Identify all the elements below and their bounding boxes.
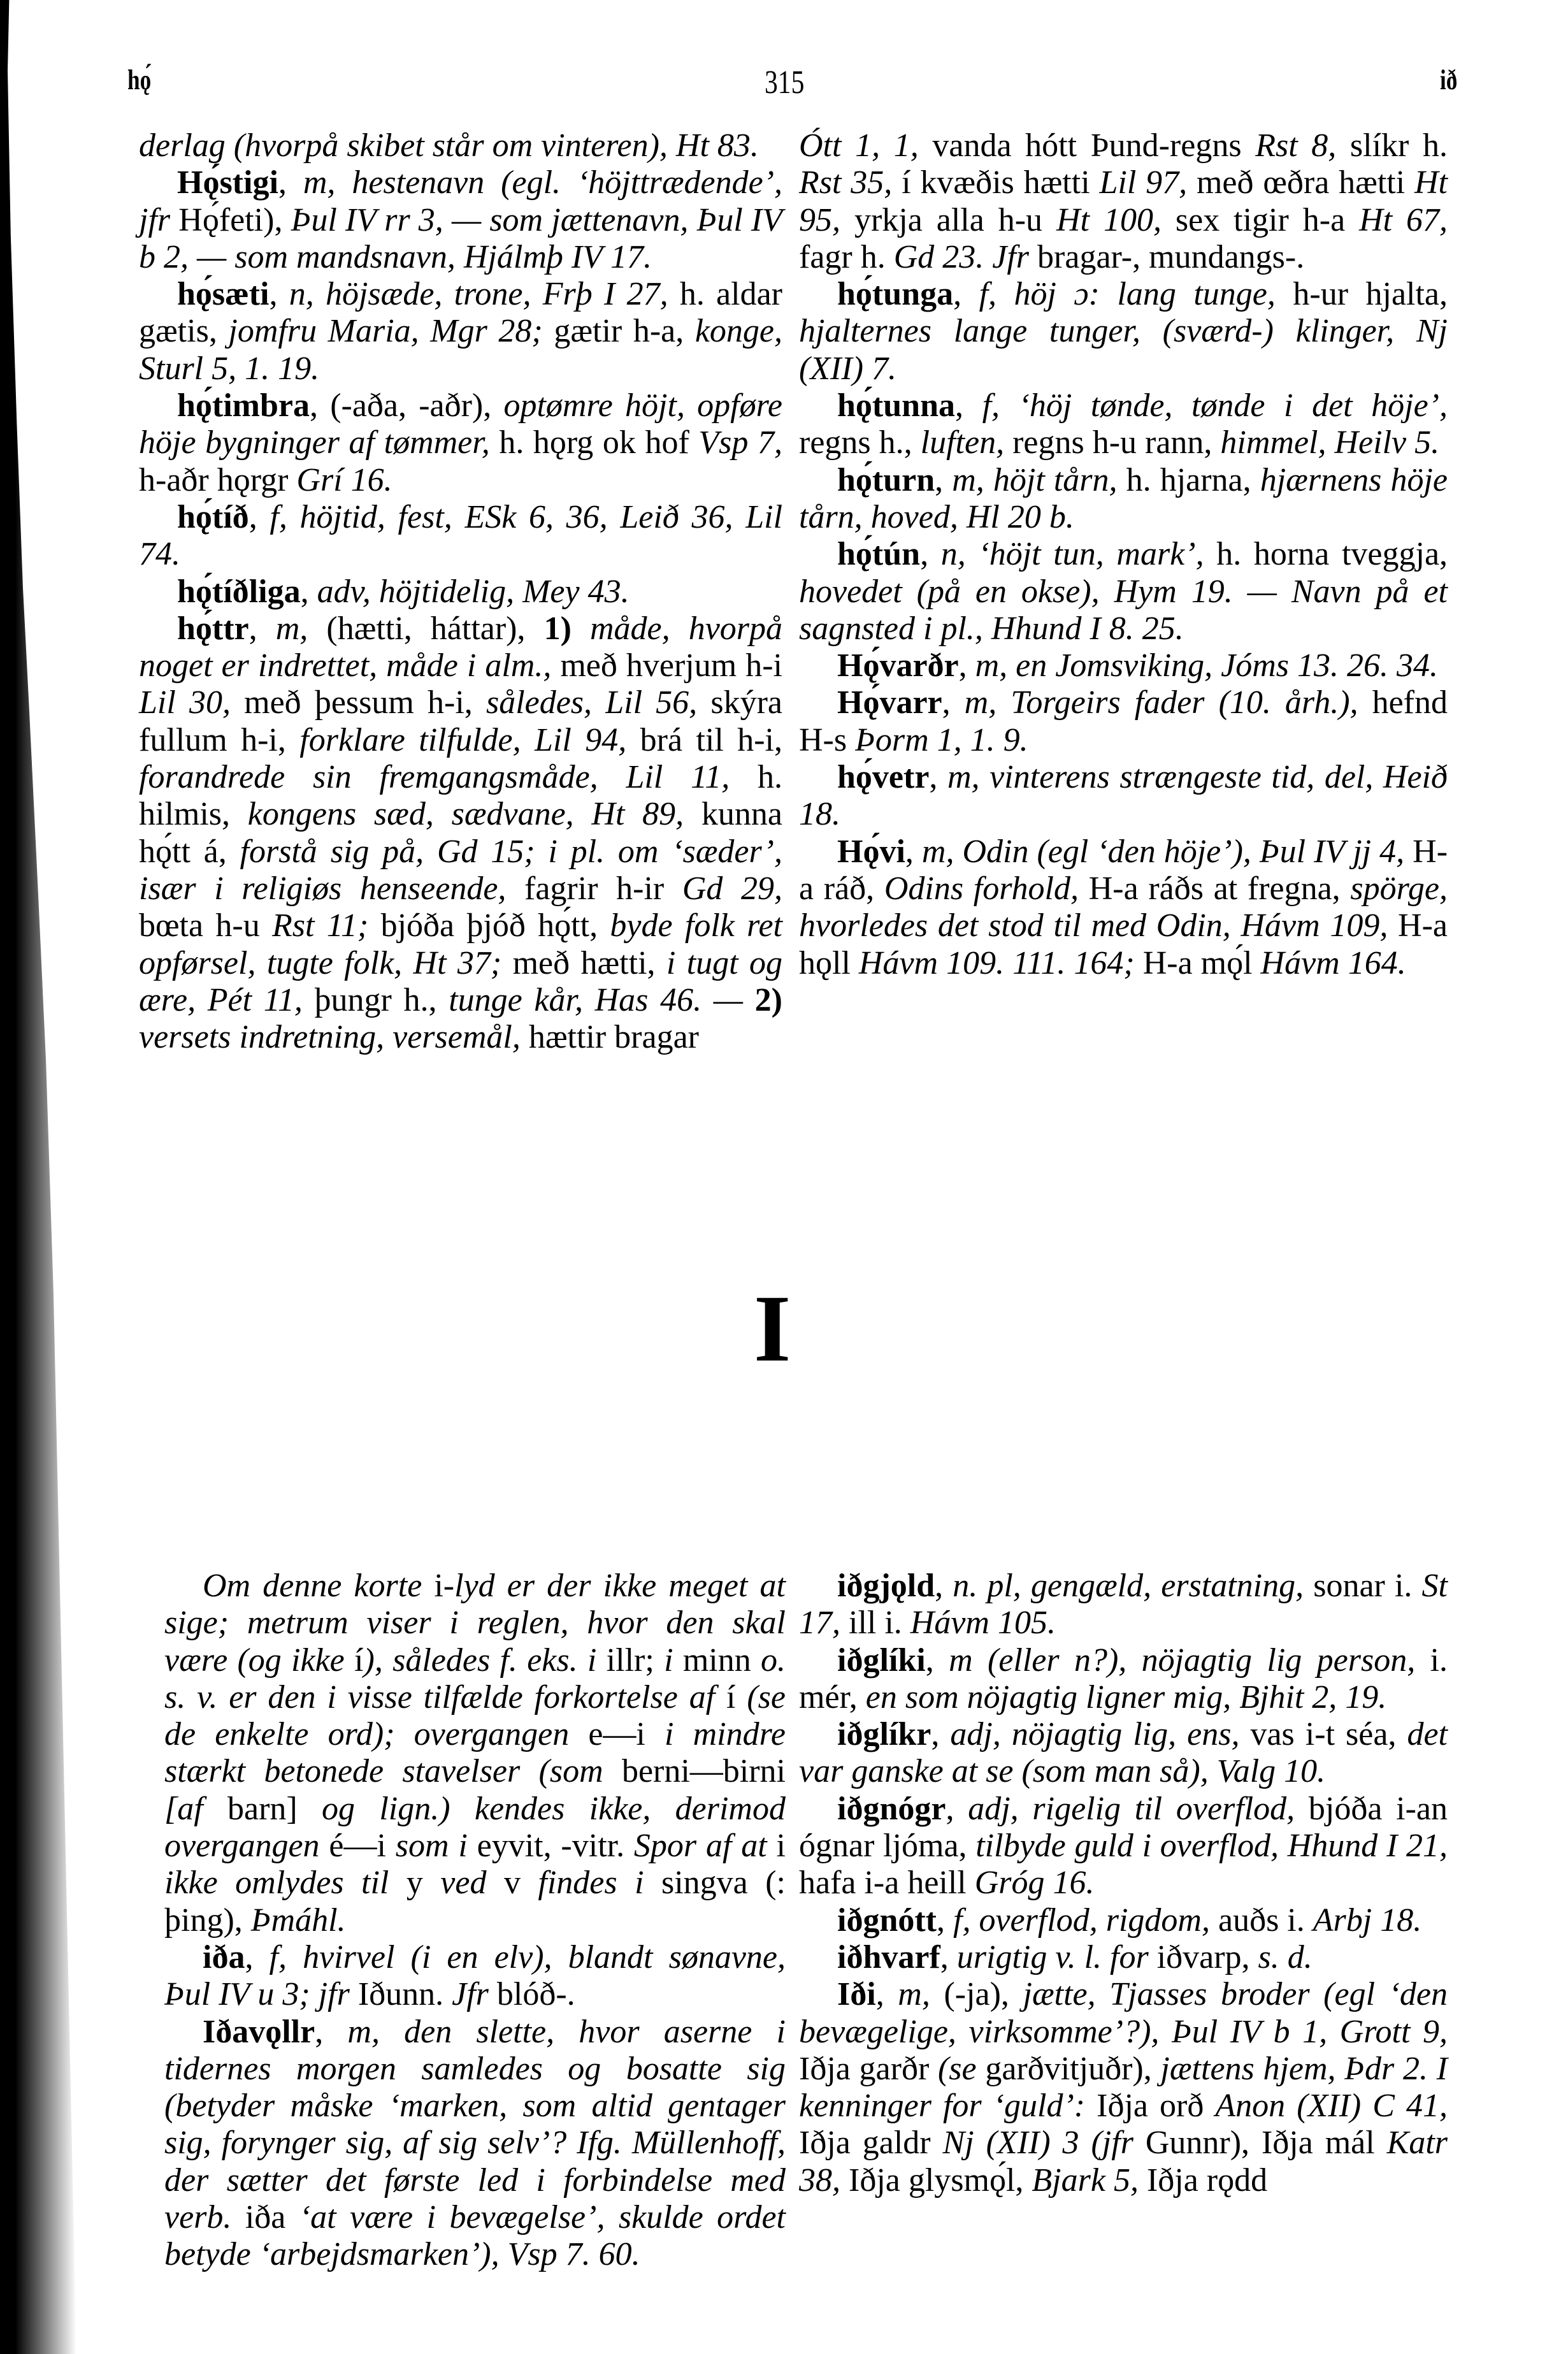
dictionary-entry: hǫ́tún, n, ‘höjt tun, mark’, h. horna tv… [799,536,1448,647]
citation-text: , [278,164,303,201]
headword: iða [203,1939,245,1975]
gloss-text: (se [938,2051,985,2087]
gloss-text: m, [898,1976,944,2012]
citation-text: h-aðr hǫrgr [139,462,296,498]
citation-text: , [940,1939,957,1975]
gloss-text: m, höjt tårn, [952,462,1126,498]
citation-text: Iðja garðr [799,2051,938,2087]
gloss-text: Gróg 16. [975,1865,1095,1901]
citation-text: , [245,1939,269,1975]
citation-text: v [504,1865,538,1901]
gloss-text: tunge kår, Has 46. — [449,982,754,1018]
gloss-text: m, [276,610,327,647]
headword: iðglíkr [837,1716,931,1752]
section-letter: I [754,1281,791,1376]
citation-text: bjóða þjóð hǫ́tt, [381,907,610,944]
headword: 2) [755,982,782,1018]
gloss-text: jomfru Maria, Mgr 28; [228,313,554,349]
citation-text: , [905,834,922,870]
citation-text: , [929,759,947,795]
citation-text: yrkja alla h-u [854,202,1056,238]
gloss-text: n. pl, gengæld, erstatning, [953,1568,1313,1604]
gloss-text: Þmáhl. [251,1902,346,1939]
dictionary-entry: Om denne korte i-lyd er der ikke meget a… [164,1568,786,1939]
headword: iðgjǫld [837,1568,935,1604]
gloss-text: således, Lil 56, [486,684,710,721]
citation-text: H-a ráðs at fregna, [1089,870,1351,907]
gloss-text: f, höj ɔ: lang tunge, [979,276,1293,312]
dictionary-entry: hǫ́tunna, f, ‘höj tønde, tønde i det höj… [799,387,1448,462]
citation-text: með hætti, [513,945,666,981]
dictionary-entry: hǫ́tíð, f, höjtid, fest, ESk 6, 36, Leið… [139,499,782,574]
dictionary-entry: hǫ́timbra, (-aða, -aðr), optømre höjt, o… [139,387,782,499]
gloss-text: ), således f. eks. i [364,1642,607,1679]
dictionary-entry: iðglíki, m (eller n?), nöjagtig lig pers… [799,1642,1448,1717]
dictionary-entry: Hǫ́varðr, m, en Jomsviking, Jóms 13. 26.… [799,647,1448,684]
gloss-text: ikke omlydes til [164,1865,406,1901]
citation-text: bœta h-u [139,907,272,944]
citation-text: (hætti, háttar), [326,610,543,647]
citation-text: auðs i. [1218,1902,1313,1939]
gloss-text: Spor af at [634,1828,777,1864]
dictionary-entry: hǫ́ttr, m, (hætti, háttar), 1) måde, hvo… [139,610,782,1057]
dictionary-entry: iða, f, hvirvel (i en elv), blandt sønav… [164,1939,786,2014]
citation-text: berni—birni [622,1753,786,1789]
headword: 1) [544,610,572,647]
citation-text: Iðja glysmǫ́l, [849,2162,1032,2199]
citation-text: , [937,1902,953,1939]
citation-text: , [942,684,965,721]
citation-text: í [354,1642,363,1679]
citation-text: regns h-u rann, [1012,424,1220,461]
headword: iðgnógr [837,1791,946,1827]
citation-text: , [315,2014,347,2050]
dictionary-entry: Iðavǫllr, m, den slette, hvor aserne i t… [164,2014,786,2274]
dictionary-entry: Ótt 1, 1, vanda hótt Þund-regns Rst 8, s… [799,127,1448,276]
dictionary-entry: Hǫ́stigi, m, hestenavn (egl. ‘höjttræden… [139,164,782,276]
citation-text: i- [434,1568,454,1604]
gloss-text: som i [396,1828,477,1864]
citation-text: , (-aða, -aðr), [310,387,503,424]
citation-text: , [249,610,276,647]
citation-text: vas i-t séa, [1250,1716,1407,1752]
citation-text: , [935,1568,953,1604]
gloss-text: Arbj 18. [1313,1902,1421,1939]
citation-text: með œðra hætti [1197,164,1414,201]
gloss-text: adv, höjtidelig, Mey 43. [317,574,629,610]
citation-text: slíkr h. [1350,127,1448,164]
citation-text: blóð-. [497,1976,575,2012]
citation-text: , [931,1716,950,1752]
dictionary-entry: Hǫ́vi, m, Odin (egl ‘den höje’), Þul IV … [799,834,1448,982]
headword: hǫ́tunga [837,276,953,312]
citation-text: , [926,1642,949,1679]
dictionary-entry: iðgnótt, f, overflod, rigdom, auðs i. Ar… [799,1902,1448,1939]
citation-text: H-a mǫ́l [1143,945,1261,981]
gloss-text: forandrede sin fremgangsmåde, Lil 11, [139,759,758,795]
headword: iðglíki [837,1642,926,1679]
gloss-text: n, höjsæde, trone, Frþ I 27, [289,276,680,312]
headword: hǫ́sæti [177,276,269,312]
gloss-text: Þorm 1, 1. 9. [855,722,1028,758]
column-top-left: derlag (hvorpå skibet står om vinteren),… [139,127,782,1056]
column-bottom-right: iðgjǫld, n. pl, gengæld, erstatning, son… [799,1568,1448,2199]
gloss-text: Jfr [452,1976,497,2012]
gloss-text: n, ‘höjt tun, mark’, [941,536,1217,572]
citation-text: hættir bragar [529,1019,699,1055]
citation-text: (-ja), [944,1976,1023,2012]
citation-text: Iðja galdr [799,2125,943,2161]
gloss-text: Om denne korte [203,1568,434,1604]
citation-text: barn] [227,1791,322,1827]
citation-text: garðvitjuðr), [985,2051,1160,2087]
gloss-text: versets indretning, versemål, [139,1019,529,1055]
headword: hǫ́tíð [177,499,249,535]
citation-text: , [959,647,975,684]
citation-text: ill i. [849,1605,910,1641]
citation-text: gætir h-a, [554,313,694,349]
headword: iðhvarf [837,1939,940,1975]
gloss-text: findes i [538,1865,661,1901]
citation-text: illr; [607,1642,664,1679]
gloss-text: Gd 29, [682,870,782,907]
citation-text: hafa i-a heill [799,1865,975,1901]
gloss-text: Ht 100, [1056,202,1176,238]
gloss-text: adj, nöjagtig lig, ens, [950,1716,1250,1752]
gloss-text: f, ‘höj tønde, tønde i det höje’, [982,387,1448,424]
headword: Iði [837,1976,876,2012]
citation-text: y [406,1865,440,1901]
headword: Hǫ́vi [837,834,905,870]
citation-text: , [955,387,982,424]
gloss-text: tilbyde guld i overflod, Hhund I 21, [975,1828,1448,1864]
citation-text: , [920,536,941,572]
gloss-text: derlag (hvorpå skibet står om vinteren),… [139,127,759,164]
citation-text: h. hǫrg ok hof [499,424,698,461]
citation-text: , [935,462,952,498]
headword: Hǫ́varðr [837,647,959,684]
running-head-left: hǫ́ [127,64,151,96]
gloss-text: Ht 67, [1359,202,1448,238]
gloss-text: forklare tilfulde, Lil 94, [299,722,640,758]
gloss-text: Rst 11; [272,907,381,944]
citation-text: með hverjum h-i [560,647,782,684]
dictionary-entry: hǫ́vetr, m, vinterens strængeste tid, de… [799,759,1448,834]
citation-text: iða [245,2199,299,2235]
gloss-text: m, Odin (egl ‘den höje’), Þul IV jj 4, [922,834,1413,870]
page-number: 315 [765,64,804,101]
headword: hǫ́turn [837,462,935,498]
citation-text: fagr h. [799,239,894,275]
gloss-text: Lil 30, [139,684,244,721]
gloss-text: m, en Jomsviking, Jóms 13. 26. 34. [975,647,1438,684]
column-top-right: Ótt 1, 1, vanda hótt Þund-regns Rst 8, s… [799,127,1448,982]
citation-text: vanda hótt Þund-regns [932,127,1255,164]
dictionary-entry: iðglíkr, adj, nöjagtig lig, ens, vas i-t… [799,1716,1448,1791]
gloss-text: Hávm 105. [910,1605,1056,1641]
headword: hǫ́timbra [177,387,310,424]
citation-text: i [777,1828,786,1864]
citation-text: minn [683,1642,761,1679]
gloss-text: [af [164,1791,227,1827]
gloss-text: Odins forhold, [884,870,1089,907]
gloss-text: s. d. [1258,1939,1313,1975]
citation-text: é—i [329,1828,395,1864]
gloss-text: Nj (XII) 3 (jfr [943,2125,1146,2161]
citation-text: , [953,276,979,312]
gloss-text: ved [440,1865,504,1901]
dictionary-entry: Iði, m, (-ja), jætte, Tjasses broder (eg… [799,1976,1448,2199]
citation-text: Iðja rǫdd [1147,2162,1267,2199]
citation-text: , [946,1791,968,1827]
headword: hǫ́tún [837,536,920,572]
headword: hǫ́ttr [177,610,249,647]
citation-text: í kvæðis hætti [902,164,1099,201]
gloss-text: Grí 16. [296,462,392,498]
dictionary-entry: derlag (hvorpå skibet står om vinteren),… [139,127,782,164]
gloss-text: kongens sæd, sædvane, Ht 89, [248,796,701,832]
citation-text: e—i [588,1716,665,1752]
citation-text: iðvarp, [1157,1939,1258,1975]
citation-text: sex tigir h-a [1176,202,1359,238]
citation-text: sonar i. [1313,1568,1421,1604]
citation-text: , [301,574,317,610]
citation-text: Hǫ́feti), [178,202,291,238]
headword: iðgnótt [837,1902,937,1939]
dictionary-entry: hǫ́turn, m, höjt tårn, h. hjarna, hjærne… [799,462,1448,537]
citation-text: fagrir h-ir [524,870,682,907]
gloss-text: hjalternes lange tunger, (sværd-) klinge… [799,313,1448,386]
citation-text: í [726,1679,747,1715]
gloss-text: Hávm 109. 111. 164; [859,945,1143,981]
citation-text: regns h., [799,424,921,461]
dictionary-entry: Hǫ́varr, m, Torgeirs fader (10. årh.), h… [799,684,1448,759]
gloss-text: himmel, Heilv 5. [1220,424,1439,461]
scan-gutter-shadow [0,0,76,2354]
citation-text: bragar-, mundangs-. [1037,239,1304,275]
dictionary-entry: hǫ́tunga, f, höj ɔ: lang tunge, h-ur hja… [799,276,1448,387]
gloss-text: Vsp 7, [698,424,782,461]
gloss-text: Bjark 5, [1032,2162,1147,2199]
headword: Iðavǫllr [203,2014,315,2050]
gloss-text: Gd 23. Jfr [894,239,1037,275]
citation-text: , [876,1976,898,2012]
headword: Hǫ́stigi [177,164,278,201]
citation-text: Iðunn. [358,1976,452,2012]
gloss-text: Lil 97, [1099,164,1197,201]
headword: hǫ́tunna [837,387,955,424]
running-head-right: ið [1440,64,1457,96]
citation-text: Gunnr), Iðja mál [1146,2125,1387,2161]
gloss-text: Ótt 1, 1, [799,127,932,164]
citation-text: h. hjarna, [1126,462,1260,498]
gloss-text: adj, rigelig til overflod, [968,1791,1309,1827]
gloss-text: m, Torgeirs fader (10. årh.), [965,684,1372,721]
gloss-text: luften, [921,424,1012,461]
gloss-text: Rst 8, [1255,127,1350,164]
dictionary-entry: iðgjǫld, n. pl, gengæld, erstatning, son… [799,1568,1448,1642]
citation-text: , [249,499,270,535]
column-bottom-left: Om denne korte i-lyd er der ikke meget a… [164,1568,786,2274]
gloss-text: Anon (XII) C 41, [1215,2088,1448,2124]
citation-text: , [269,276,289,312]
headword: hǫ́vetr [837,759,929,795]
gloss-text: i [664,1642,683,1679]
gloss-text: Hávm 164. [1261,945,1406,981]
headword: hǫ́tíðliga [177,574,301,610]
gloss-text: hovedet (på en okse), Hym 19. — Navn på … [799,574,1448,647]
gloss-text: Rst 35, [799,164,902,201]
citation-text: h. horna tveggja, [1216,536,1448,572]
citation-text: h-ur hjalta, [1293,276,1448,312]
gloss-text: m (eller n?), nöjagtig lig person, [949,1642,1430,1679]
headword: Hǫ́varr [837,684,942,721]
dictionary-entry: iðgnógr, adj, rigelig til overflod, bjóð… [799,1791,1448,1902]
gloss-text: en som nöjagtig ligner mig, Bjhit 2, 19. [866,1679,1387,1715]
citation-text: eyvit, -vitr. [477,1828,634,1864]
citation-text: brá til h-i, [640,722,782,758]
dictionary-entry: hǫ́sæti, n, höjsæde, trone, Frþ I 27, h.… [139,276,782,387]
citation-text: með þessum h-i, [244,684,486,721]
citation-text: þungr h., [315,982,449,1018]
gloss-text: f, overflod, rigdom, [953,1902,1218,1939]
dictionary-entry: hǫ́tíðliga, adv, höjtidelig, Mey 43. [139,574,782,610]
dictionary-entry: iðhvarf, urigtig v. l. for iðvarp, s. d. [799,1939,1448,1976]
citation-text: Iðja orð [1097,2088,1215,2124]
gloss-text: urigtig v. l. for [957,1939,1157,1975]
